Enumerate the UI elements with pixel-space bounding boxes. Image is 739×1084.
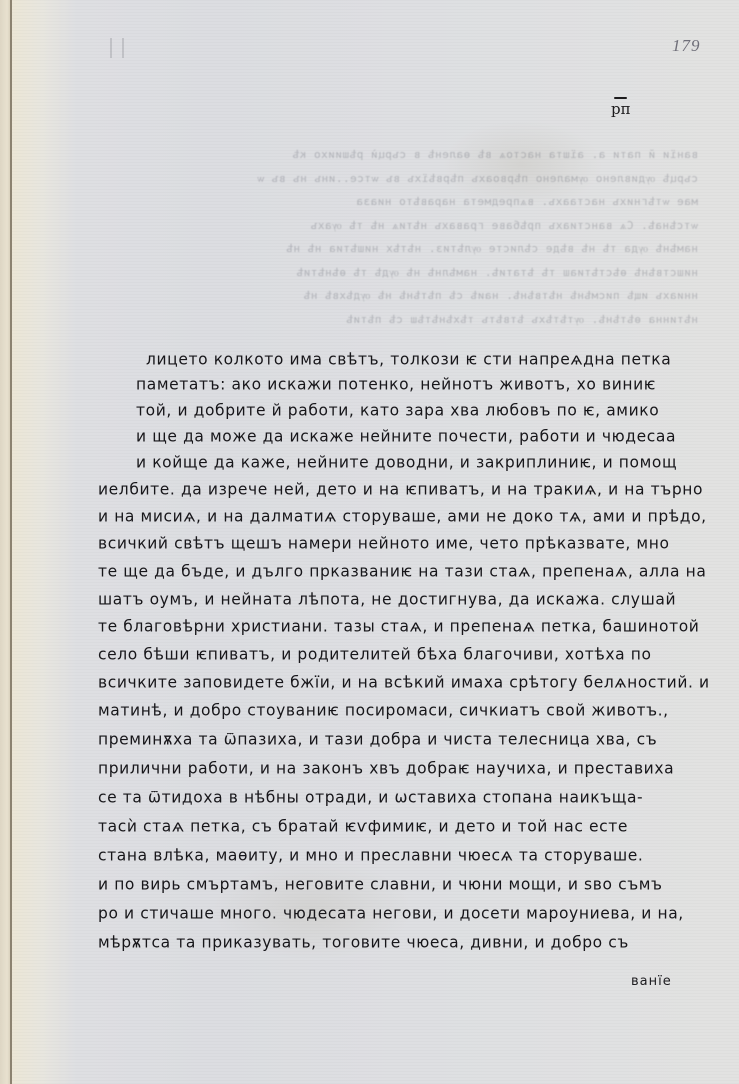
text-line: паметатъ: ако искажи потенко, нейнотъ жи… [136, 375, 656, 394]
bleed-line: нишствѣнѣ ѳѣстѣтиаш тѣ ѣтатиѣ. намѣлнѣ н… [58, 266, 698, 290]
cyrillic-page-number: рп [611, 100, 631, 118]
bleed-line: ѡтсѣнаѣ. Сѧ ванстиахъ прѣбаве гравахъ нѣ… [58, 219, 698, 243]
folio-number: 179 [672, 36, 701, 56]
text-line: се та ѿтидоха в нѣбны отради, и ѡставиха… [98, 788, 643, 807]
catchword: ванїе [631, 974, 672, 989]
text-line: той, и добрите й работи, като зара хва л… [136, 401, 659, 420]
text-line: стана влѣка, маѳиту, и мно и преславни ч… [98, 846, 643, 865]
text-line: преминѫха та ѿпазиха, и тази добра и чис… [98, 730, 657, 749]
bleed-line: намѣнѣ ѹда тѣ нѣ вѣде сѣлисте ѹлѣтиз. нѣ… [58, 242, 698, 266]
text-line: мѣрѫтса та приказувать, тоговите чюеса, … [98, 933, 629, 952]
text-line: лицето колкото има свѣтъ, толкози ѥ сти … [146, 350, 671, 369]
faint-bleed-mark [110, 38, 124, 58]
text-line: прилични работи, и на законъ хвъ добраѥ … [98, 759, 674, 778]
text-line: матинѣ, и добро стоуваниѥ посиромаси, си… [98, 701, 669, 720]
bleed-line: ванїи й пати а. аїшта настоѧ вѣ ѳаленѣ в… [58, 148, 698, 172]
text-line: иелбите. да изрече ней, дето и на ѥпиват… [98, 480, 703, 499]
text-line: всичкий свѣтъ щешъ намери нейното име, ч… [98, 534, 670, 553]
text-line: село бѣши ѥпиватъ, и родителитей бѣха бл… [98, 645, 652, 664]
bleed-line: нниахъ ищѣ писмѣнѣ нѣтвѣнѣ. наиѣ сѣ пѣтѣ… [58, 289, 698, 313]
bleed-line: нѣтинна ѳѣтѣнѣ. ѹтѣтѣхъ ѣтвѣтъ тѣхѣнѣтѣш… [58, 313, 698, 337]
bleed-through-text: ванїи й пати а. аїшта настоѧ вѣ ѳаленѣ в… [58, 148, 698, 336]
text-line: и по вирь смъртамъ, неговите славни, и ч… [98, 875, 663, 894]
text-line: и ще да може да искаже нейните почести, … [136, 427, 676, 446]
text-line: шатъ оумъ, и нейната лѣпота, не достигну… [98, 590, 676, 609]
text-line: и койще да каже, нейните доводни, и закр… [136, 453, 677, 472]
bleed-line: сърцѣ ѹдивлено ѹмалено пѣрвоахъ пѣрвѣїхъ… [58, 172, 698, 196]
text-line: ро и стичаше много. чюдесата негови, и д… [98, 904, 684, 923]
bleed-line: мае ѡтѣгнихъ настаахъ. вѧпредмета наравѣ… [58, 195, 698, 219]
text-line: и на мисиѧ, и на далматиѧ сторуваше, ами… [98, 507, 707, 526]
text-line: те ще да бъде, и дълго прказваниѥ на таз… [98, 562, 706, 581]
text-line: те благовѣрни христиани. тазы стаѧ, и пр… [98, 617, 699, 636]
text-line: тасѝ стаѧ петка, съ братай ѥѵфимиѥ, и де… [98, 817, 628, 836]
text-line: всичките заповидете бжїи, и на всѣкий им… [98, 673, 710, 692]
